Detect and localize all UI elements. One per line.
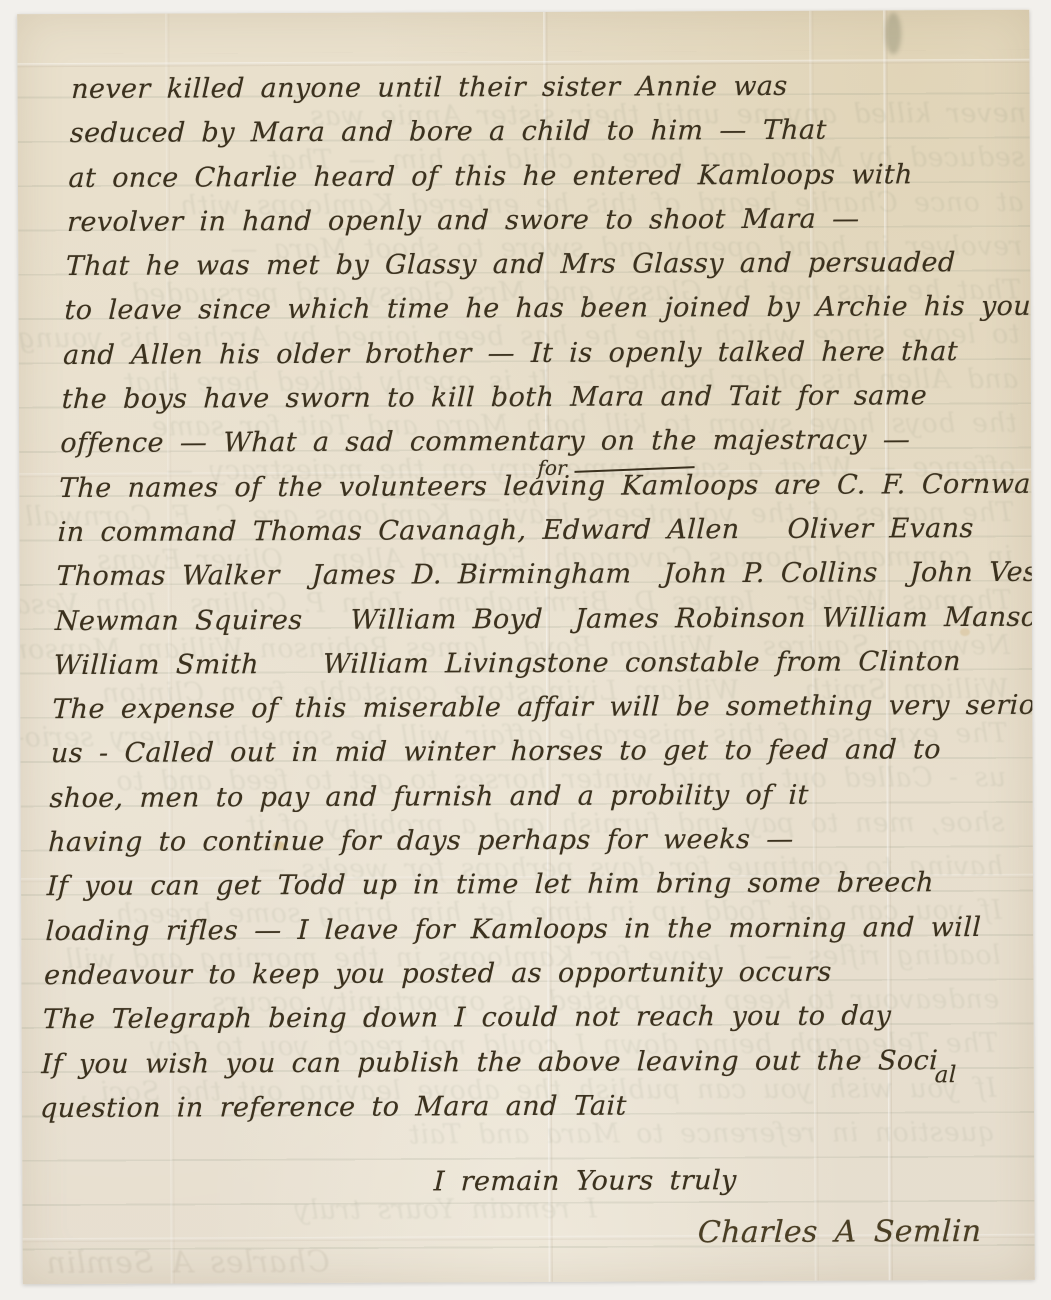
- letter-line: William Smith William Livingstone consta…: [53, 646, 1010, 694]
- letter-line: The names of the volunteers leaving Kaml…: [58, 469, 1015, 517]
- letter-line: and Allen his older brother — It is open…: [62, 336, 1019, 384]
- letter-line-text: Thomas Walker James D. Birmingham John P…: [56, 557, 1035, 592]
- letter-line-text: endeavour to keep you posted as opportun…: [44, 957, 833, 991]
- letter-line-text: That he was met by Glassy and Mrs Glassy…: [65, 247, 956, 282]
- letter-line-text: If you wish you can publish the above le…: [41, 1045, 939, 1080]
- inserted-word-above-line: for: [537, 455, 695, 480]
- letter-line-text: seduced by Mara and bore a child to him …: [69, 115, 827, 149]
- letter-line: If you can get Todd up in time let him b…: [46, 867, 1003, 915]
- letter-line: shoe, men to pay and furnish and a probi…: [49, 779, 1006, 827]
- letter-text: never killed anyone until their sister A…: [36, 70, 1027, 1231]
- letter-line: That he was met by Glassy and Mrs Glassy…: [65, 247, 1022, 295]
- letter-line: question in reference to Mara and Tait: [39, 1089, 996, 1137]
- letter-line: never killed anyone until their sister A…: [70, 70, 1027, 118]
- letter-line-text: loading rifles — I leave for Kamloops in…: [45, 912, 982, 947]
- letter-line-text: having to continue for days perhaps for …: [48, 824, 794, 858]
- letter-page: never killed anyone until their sister A…: [17, 10, 1035, 1284]
- letter-line-text: Newman Squires William Boyd James Robins…: [55, 601, 1035, 636]
- letter-line: endeavour to keep you posted as opportun…: [43, 956, 1000, 1004]
- letter-line: revolver in hand openly and swore to sho…: [66, 203, 1023, 251]
- letter-line: Newman Squires William Boyd James Robins…: [54, 601, 1011, 649]
- letter-line: us - Called out in mid winter horses to …: [50, 734, 1007, 782]
- letter-line-text: never killed anyone until their sister A…: [71, 71, 788, 105]
- letter-line-text: question in reference to Mara and Tait: [40, 1090, 628, 1124]
- closing-text: I remain Yours truly: [433, 1165, 737, 1197]
- letter-line-text: offence — What a sad commentary on the m…: [60, 425, 911, 460]
- letter-line-text: us - Called out in mid winter horses to …: [50, 735, 941, 770]
- letter-line-text: revolver in hand openly and swore to sho…: [67, 203, 860, 237]
- letter-line: at once Charlie heard of this he entered…: [68, 158, 1025, 206]
- letter-line: to leave since which time he has been jo…: [64, 291, 1021, 339]
- ink-smudge-stain: [885, 12, 901, 54]
- letter-line: Thomas Walker James D. Birmingham John P…: [55, 557, 1012, 605]
- letter-closing: I remain Yours truly: [38, 1133, 995, 1183]
- letter-line-text: The expense of this miserable affair wil…: [52, 690, 1035, 725]
- letter-lines: never killed anyone until their sister A…: [39, 70, 1027, 1137]
- hanging-word-ending: al: [934, 1062, 957, 1088]
- letter-line: loading rifles — I leave for Kamloops in…: [45, 912, 1002, 960]
- fold-crease-horizontal: [17, 59, 1029, 67]
- letter-line-text: shoe, men to pay and furnish and a probi…: [49, 780, 809, 814]
- letter-line: The expense of this miserable affair wil…: [51, 690, 1008, 738]
- letter-line: the boys have sworn to kill both Mara an…: [61, 380, 1018, 428]
- letter-line-text: to leave since which time he has been jo…: [64, 291, 1035, 327]
- letter-line-text: the boys have sworn to kill both Mara an…: [61, 380, 927, 415]
- letter-line: having to continue for days perhaps for …: [47, 823, 1004, 871]
- letter-line-text: in command Thomas Cavanagh, Edward Allen…: [57, 513, 974, 548]
- letter-line-text: If you can get Todd up in time let him b…: [46, 868, 934, 903]
- letter-line: The Telegraph being down I could not rea…: [42, 1000, 999, 1048]
- letter-line-text: The Telegraph being down I could not rea…: [42, 1001, 891, 1036]
- letter-line: in command Thomas Cavanagh, Edward Allen…: [57, 513, 1014, 561]
- letter-line-text: and Allen his older brother — It is open…: [63, 336, 959, 371]
- letter-line: seduced by Mara and bore a child to him …: [69, 114, 1026, 162]
- letter-line-text: at once Charlie heard of this he entered…: [68, 159, 913, 194]
- letter-line: If you wish you can publish the above le…: [41, 1044, 998, 1092]
- letter-line-text: William Smith William Livingstone consta…: [53, 646, 961, 681]
- signature-text: Charles A Semlin: [697, 1214, 982, 1250]
- signature-text: Charles A Semlin: [46, 1245, 331, 1281]
